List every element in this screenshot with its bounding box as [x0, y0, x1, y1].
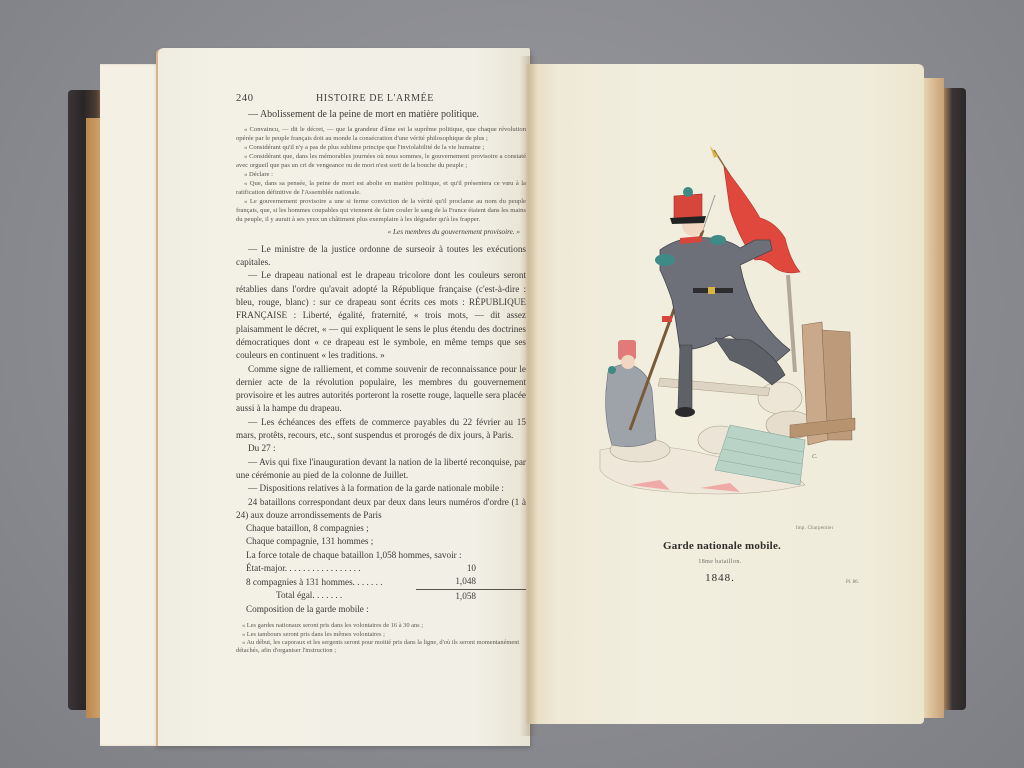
- paragraph: — Dispositions relatives à la formation …: [236, 482, 526, 495]
- composition-heading: Composition de la garde mobile :: [236, 603, 526, 616]
- soldier-illustration: C.: [590, 140, 870, 510]
- illustration-plate: C.: [590, 140, 870, 510]
- running-title: HISTOIRE DE L'ARMÉE: [316, 92, 434, 105]
- date-heading: Du 27 :: [236, 442, 526, 455]
- decree-line: « Considérant qu'il n'y a pas de plus su…: [236, 143, 526, 152]
- decree-line: « Considérant que, dans les mémorables j…: [236, 152, 526, 170]
- running-head: 240 HISTOIRE DE L'ARMÉE: [236, 92, 526, 105]
- paragraph: — Le drapeau national est le drapeau tri…: [236, 269, 526, 362]
- paragraph: 24 bataillons correspondant deux par deu…: [236, 496, 526, 523]
- paragraph: — Les échéances des effets de commerce p…: [236, 416, 526, 443]
- plate-caption-year: 1848.: [685, 572, 755, 584]
- paragraph: — Avis qui fixe l'inauguration devant la…: [236, 456, 526, 483]
- flyleaf: [100, 64, 164, 746]
- row-value: 10: [416, 562, 526, 575]
- organization-line: La force totale de chaque bataillon 1,05…: [236, 549, 526, 562]
- decree-line: « Déclare :: [236, 170, 526, 179]
- table-row: État-major. . . . . . . . . . . . . . . …: [236, 562, 526, 575]
- footnotes: « Les gardes nationaux seront pris dans …: [236, 622, 526, 656]
- decree-signature: « Les membres du gouvernement provisoire…: [236, 226, 520, 239]
- decree-line: « Convaincu, — dit le décret, — que la g…: [236, 125, 526, 143]
- row-label: 8 compagnies à 131 hommes. . . . . . .: [236, 575, 416, 589]
- table-row: 8 compagnies à 131 hommes. . . . . . . 1…: [236, 575, 526, 589]
- svg-text:C.: C.: [812, 454, 818, 460]
- paragraph: — Le ministre de la justice ordonne de s…: [236, 243, 526, 270]
- strength-table: État-major. . . . . . . . . . . . . . . …: [236, 562, 526, 603]
- plate-caption-subtitle: 18me bataillon.: [670, 559, 770, 565]
- row-label: État-major. . . . . . . . . . . . . . . …: [236, 562, 416, 575]
- table-row-total: Total égal. . . . . . . 1,058: [236, 589, 526, 603]
- paragraph: Comme signe de ralliement, et comme souv…: [236, 363, 526, 416]
- organization-line: Chaque bataillon, 8 compagnies ;: [236, 522, 526, 535]
- section-title: — Abolissement de la peine de mort en ma…: [236, 108, 526, 121]
- plate-caption-title: Garde nationale mobile.: [652, 540, 792, 552]
- page-number: 240: [236, 92, 254, 105]
- organization-line: Chaque compagnie, 131 hommes ;: [236, 535, 526, 548]
- left-page-text: 240 HISTOIRE DE L'ARMÉE — Abolissement d…: [236, 92, 526, 656]
- footnote: « Au début, les caporaux et les sergents…: [236, 639, 526, 656]
- row-value: 1,048: [416, 575, 526, 589]
- decree-quote: « Convaincu, — dit le décret, — que la g…: [236, 125, 526, 224]
- footnote: « Les tambours seront pris dans les même…: [236, 631, 526, 639]
- row-label: Total égal. . . . . . .: [236, 589, 416, 603]
- printer-credit: Imp. Charpentier: [796, 526, 834, 531]
- decree-line: « Que, dans sa pensée, la peine de mort …: [236, 179, 526, 197]
- plate-number: Pl. 86.: [846, 580, 859, 585]
- row-value: 1,058: [416, 589, 526, 603]
- footnote: « Les gardes nationaux seront pris dans …: [236, 622, 526, 630]
- decree-line: « Le gouvernement provisoire a une si fe…: [236, 197, 526, 224]
